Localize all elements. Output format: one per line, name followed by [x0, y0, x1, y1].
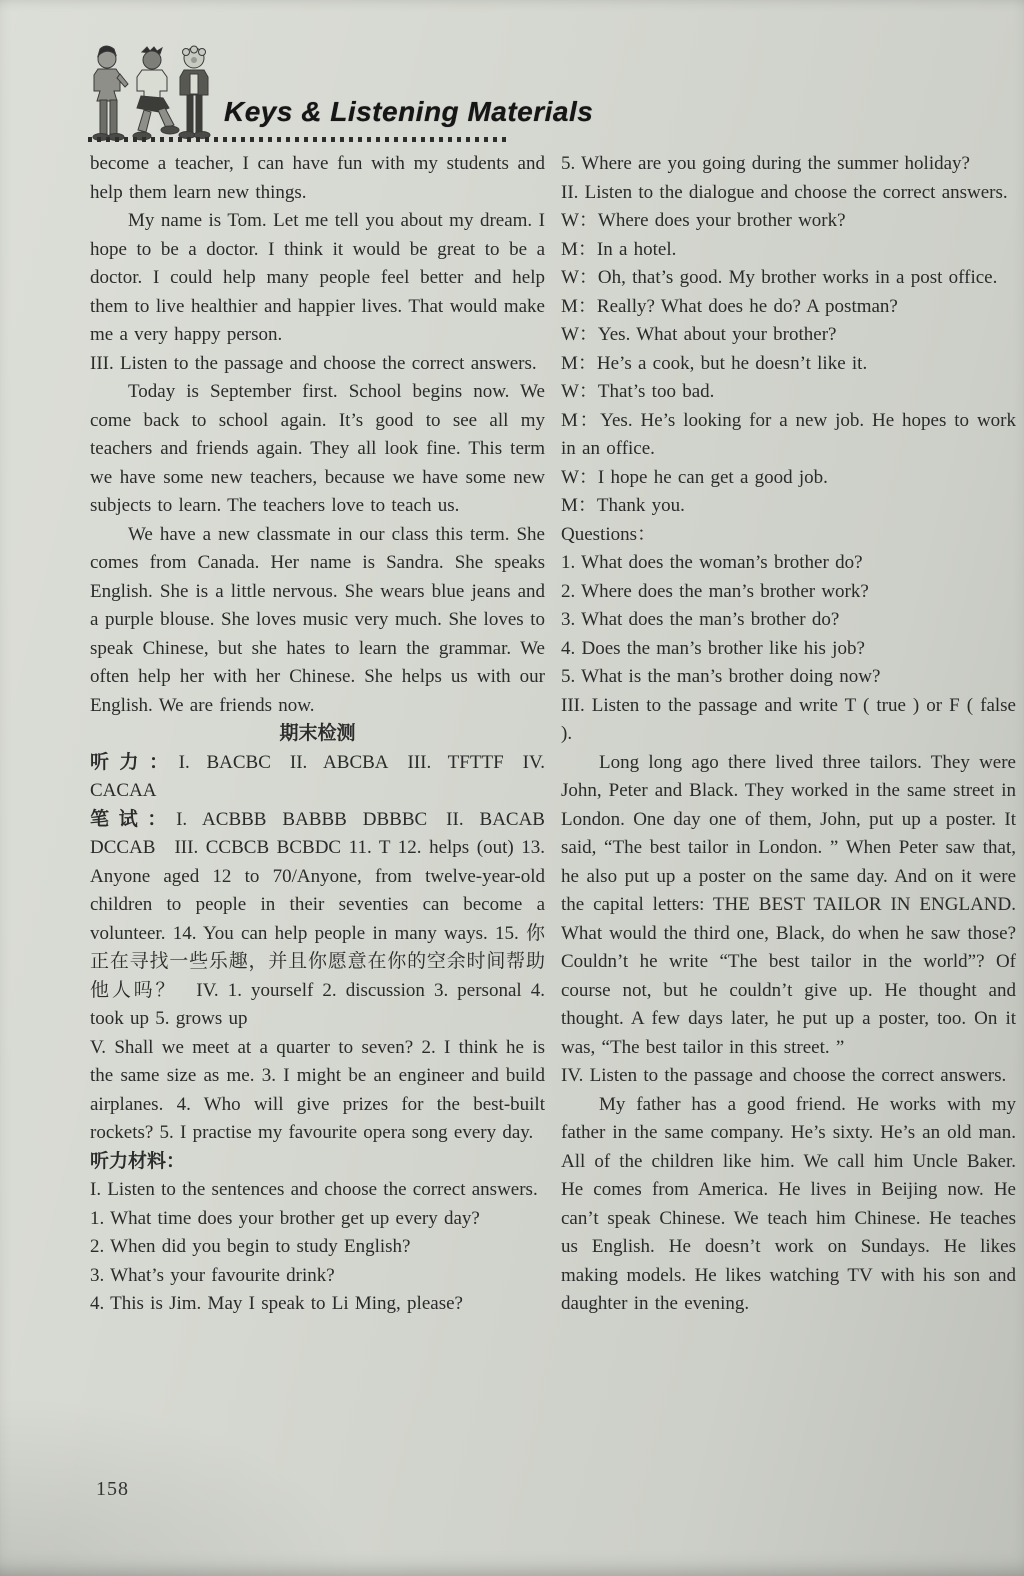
answers-section-v: V. Shall we meet at a quarter to seven? … [90, 1034, 545, 1148]
answers-listening: 听力：I. BACBC II. ABCBA III. TFTTF IV. CAC… [90, 749, 545, 806]
left-column: become a teacher, I can have fun with my… [90, 150, 545, 1319]
question-line: 5. What is the man’s brother doing now? [561, 663, 1016, 692]
dialogue-line: M：Really? What does he do? A postman? [561, 293, 1016, 322]
section-instruction: III. Listen to the passage and write T (… [561, 692, 1016, 749]
passage-continuation: become a teacher, I can have fun with my… [90, 150, 545, 207]
section-instruction: II. Listen to the dialogue and choose th… [561, 179, 1016, 208]
dialogue-line: M：Thank you. [561, 492, 1016, 521]
question-line: 2. When did you begin to study English? [90, 1233, 545, 1262]
bold-label: 笔试： [90, 809, 176, 830]
question-line: 1. What time does your brother get up ev… [90, 1205, 545, 1234]
right-column: 5. Where are you going during the summer… [561, 150, 1016, 1319]
answers-written: 笔试：I. ACBBB BABBB DBBBC II. BACAB DCCAB … [90, 806, 545, 1034]
dialogue-line: W：Yes. What about your brother? [561, 321, 1016, 350]
passage-three-tailors: Long long ago there lived three tailors.… [561, 749, 1016, 1063]
question-line: 3. What’s your favourite drink? [90, 1262, 545, 1291]
bold-label: 听力材料： [90, 1151, 185, 1172]
page-number: 158 [96, 1478, 129, 1501]
content-columns: become a teacher, I can have fun with my… [90, 150, 1016, 1319]
three-students-icon [86, 44, 218, 150]
dialogue-line: W：That’s too bad. [561, 378, 1016, 407]
page-title: Keys & Listening Materials [224, 96, 593, 128]
question-line: 2. Where does the man’s brother work? [561, 578, 1016, 607]
passage-uncle-baker: My father has a good friend. He works wi… [561, 1091, 1016, 1319]
dotted-divider [88, 137, 506, 142]
bold-label: 听力： [90, 752, 179, 773]
label-listening-materials: 听力材料： [90, 1148, 545, 1177]
passage-new-classmate: We have a new classmate in our class thi… [90, 521, 545, 721]
question-line: 4. This is Jim. May I speak to Li Ming, … [90, 1290, 545, 1319]
questions-label: Questions： [561, 521, 1016, 550]
question-line: 4. Does the man’s brother like his job? [561, 635, 1016, 664]
dialogue-line: M：In a hotel. [561, 236, 1016, 265]
dialogue-line: M：Yes. He’s looking for a new job. He ho… [561, 407, 1016, 464]
question-line: 5. Where are you going during the summer… [561, 150, 1016, 179]
question-line: 1. What does the woman’s brother do? [561, 549, 1016, 578]
dialogue-line: W：Oh, that’s good. My brother works in a… [561, 264, 1016, 293]
section-instruction: IV. Listen to the passage and choose the… [561, 1062, 1016, 1091]
dialogue-line: M：He’s a cook, but he doesn’t like it. [561, 350, 1016, 379]
dialogue-line: W：I hope he can get a good job. [561, 464, 1016, 493]
dialogue-line: W：Where does your brother work? [561, 207, 1016, 236]
page-header: Keys & Listening Materials [0, 0, 1024, 150]
passage-tom-dream: My name is Tom. Let me tell you about my… [90, 207, 545, 350]
section-instruction: III. Listen to the passage and choose th… [90, 350, 545, 379]
question-line: 3. What does the man’s brother do? [561, 606, 1016, 635]
passage-school-begins: Today is September first. School begins … [90, 378, 545, 521]
section-instruction: I. Listen to the sentences and choose th… [90, 1176, 545, 1205]
section-heading-final-exam: 期末检测 [90, 720, 545, 749]
